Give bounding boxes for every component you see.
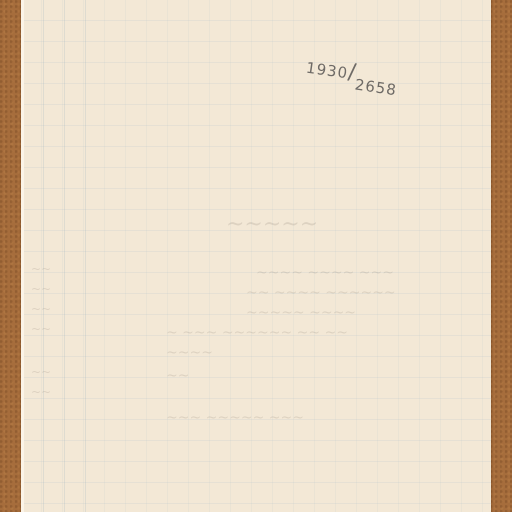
showthrough-number: ~~: [31, 302, 51, 316]
column-rule: [43, 0, 44, 512]
showthrough-number: ~~: [31, 322, 51, 336]
column-rule: [85, 0, 86, 512]
showthrough-number: ~~: [31, 385, 51, 399]
annotation-numerator: 1930: [305, 59, 349, 83]
column-rule: [64, 0, 65, 512]
showthrough-line: ~~~~~ ~~~~: [246, 305, 356, 321]
showthrough-number: ~~: [31, 365, 51, 379]
showthrough-number: ~~: [31, 262, 51, 276]
showthrough-line: ~~: [166, 368, 189, 384]
showthrough-line: ~~ ~~~~ ~~~~~~: [246, 285, 396, 301]
showthrough-title: ~~~~~: [226, 212, 318, 237]
showthrough-line: ~ ~~~ ~~~~~~ ~~ ~~: [166, 325, 348, 341]
ledger-paper: 1930/2658 ~~~~~ ~~~~ ~~~~ ~~~ ~~ ~~~~ ~~…: [21, 0, 491, 512]
pencil-annotation: 1930/2658: [305, 54, 400, 92]
showthrough-line: ~~~~ ~~~~ ~~~: [256, 265, 394, 281]
annotation-denominator: 2658: [354, 76, 398, 100]
showthrough-line: ~~~ ~~~~~ ~~~: [166, 410, 304, 426]
showthrough-number: ~~: [31, 282, 51, 296]
paper-edge: [21, 0, 24, 512]
showthrough-line: ~~~~: [166, 345, 213, 361]
